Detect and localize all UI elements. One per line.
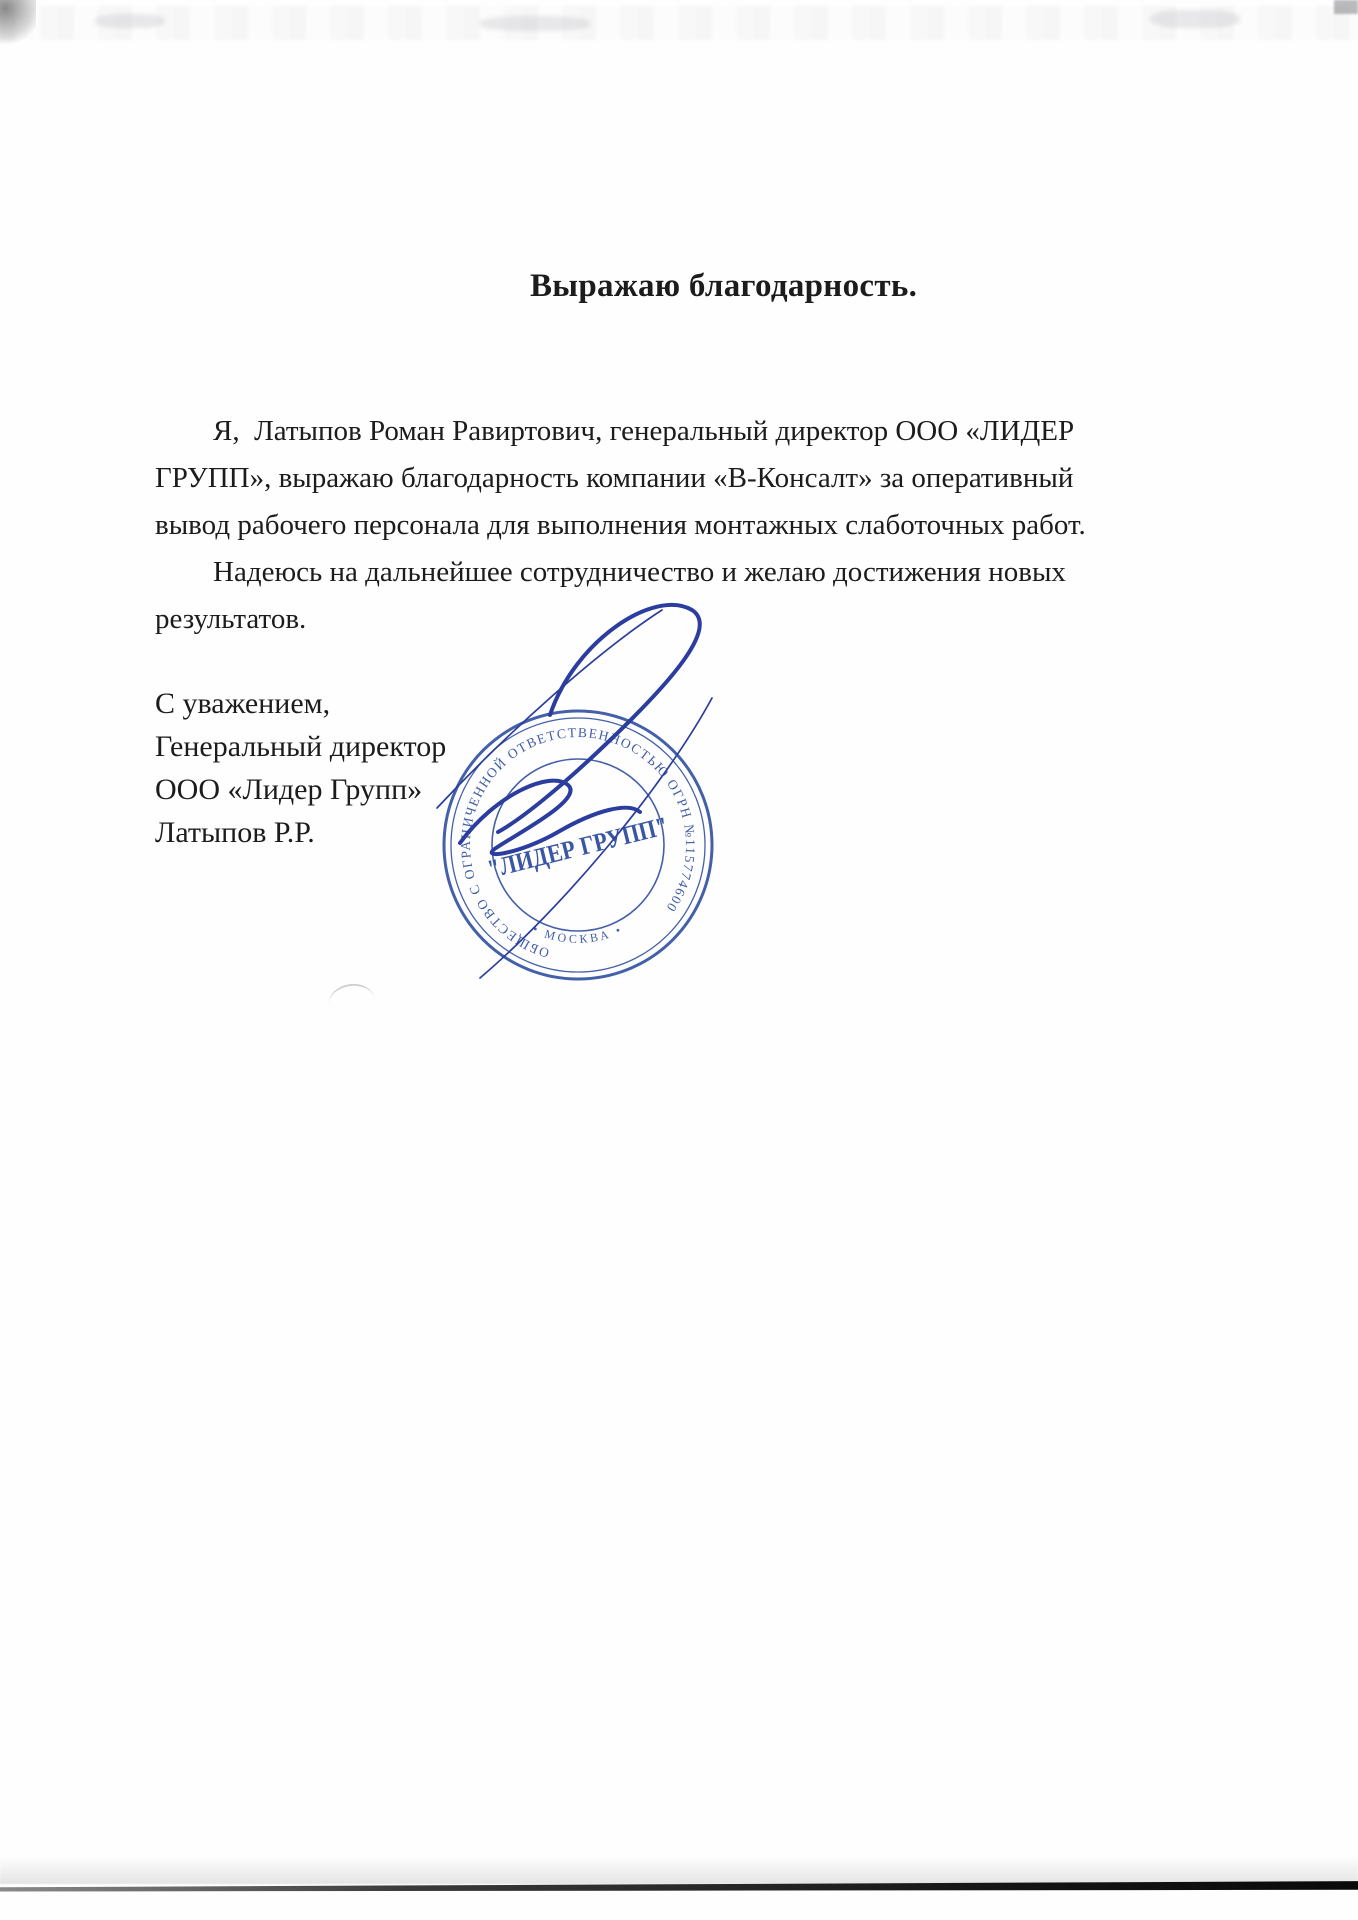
scan-artifact-bottom-noise (0, 1856, 1358, 1884)
company-stamp-area: ОБЩЕСТВО С ОГРАНИЧЕННОЙ ОТВЕТСТВЕННОСТЬЮ… (400, 580, 760, 1020)
body-line: Я, Латыпов Роман Равиртович, генеральный… (155, 408, 1086, 455)
stamp-bottom-text-holder: • МОСКВА • (530, 922, 625, 946)
scan-artifact-corner-right (1334, 0, 1358, 14)
letter-page: Выражаю благодарность. Я, Латыпов Роман … (0, 0, 1358, 1920)
stamp-city-text: • МОСКВА • (530, 922, 625, 946)
letter-title: Выражаю благодарность. (530, 268, 917, 305)
scan-artifact-blob (480, 16, 590, 31)
company-stamp: ОБЩЕСТВО С ОГРАНИЧЕННОЙ ОТВЕТСТВЕННОСТЬЮ… (400, 580, 760, 1020)
pencil-mark (327, 981, 375, 1004)
body-line: вывод рабочего персонала для выполнения … (155, 502, 1086, 549)
scan-artifact-blob (95, 14, 165, 28)
scan-artifact-blob (1150, 10, 1240, 28)
body-line: ГРУПП», выражаю благодарность компании «… (155, 455, 1086, 502)
